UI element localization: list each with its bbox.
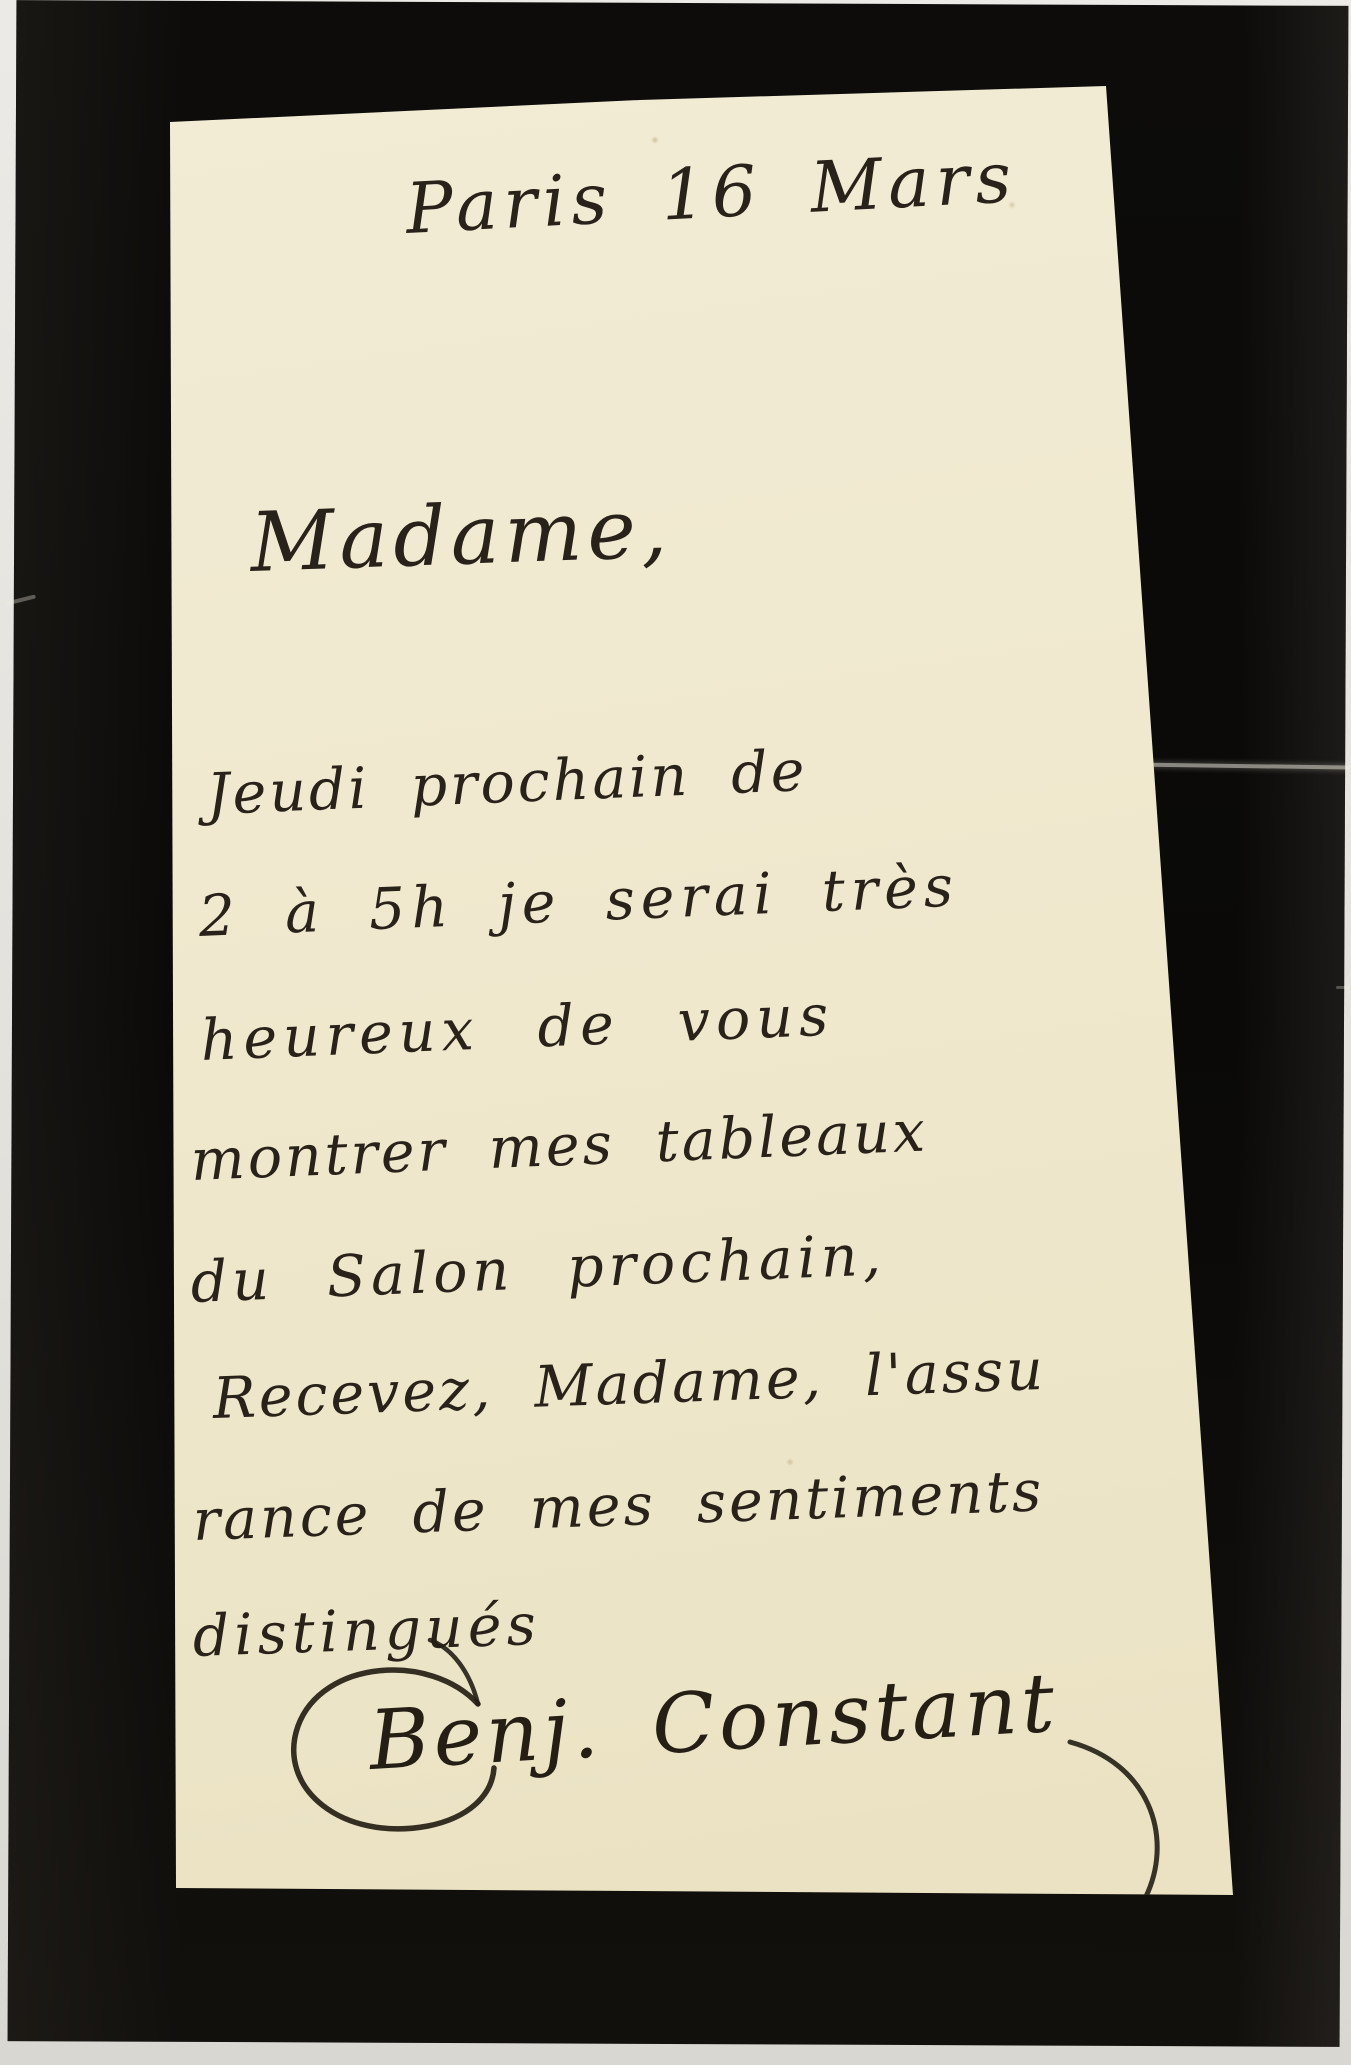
body-line: montrer mes tableaux [189,1098,929,1194]
body-line: heureux de vous [199,983,835,1074]
nick-right-edge [1336,986,1351,989]
body-line: distingués [192,1592,542,1670]
body-line: Jeudi prochain de [205,738,808,828]
letter-scan: Paris 16 Mars Madame, Jeudi prochain de … [0,0,1351,2065]
body-line: du Salon prochain, [189,1222,887,1316]
salutation: Madame, [249,481,674,591]
dateline: Paris 16 Mars [404,136,1019,250]
body-line: Recevez, Madame, l'assu [212,1337,1047,1432]
signature: Benj. Constant [367,1656,1061,1789]
body-line: 2 à 5h je serai très [197,854,960,950]
body-line: rance de mes sentiments [192,1458,1045,1554]
